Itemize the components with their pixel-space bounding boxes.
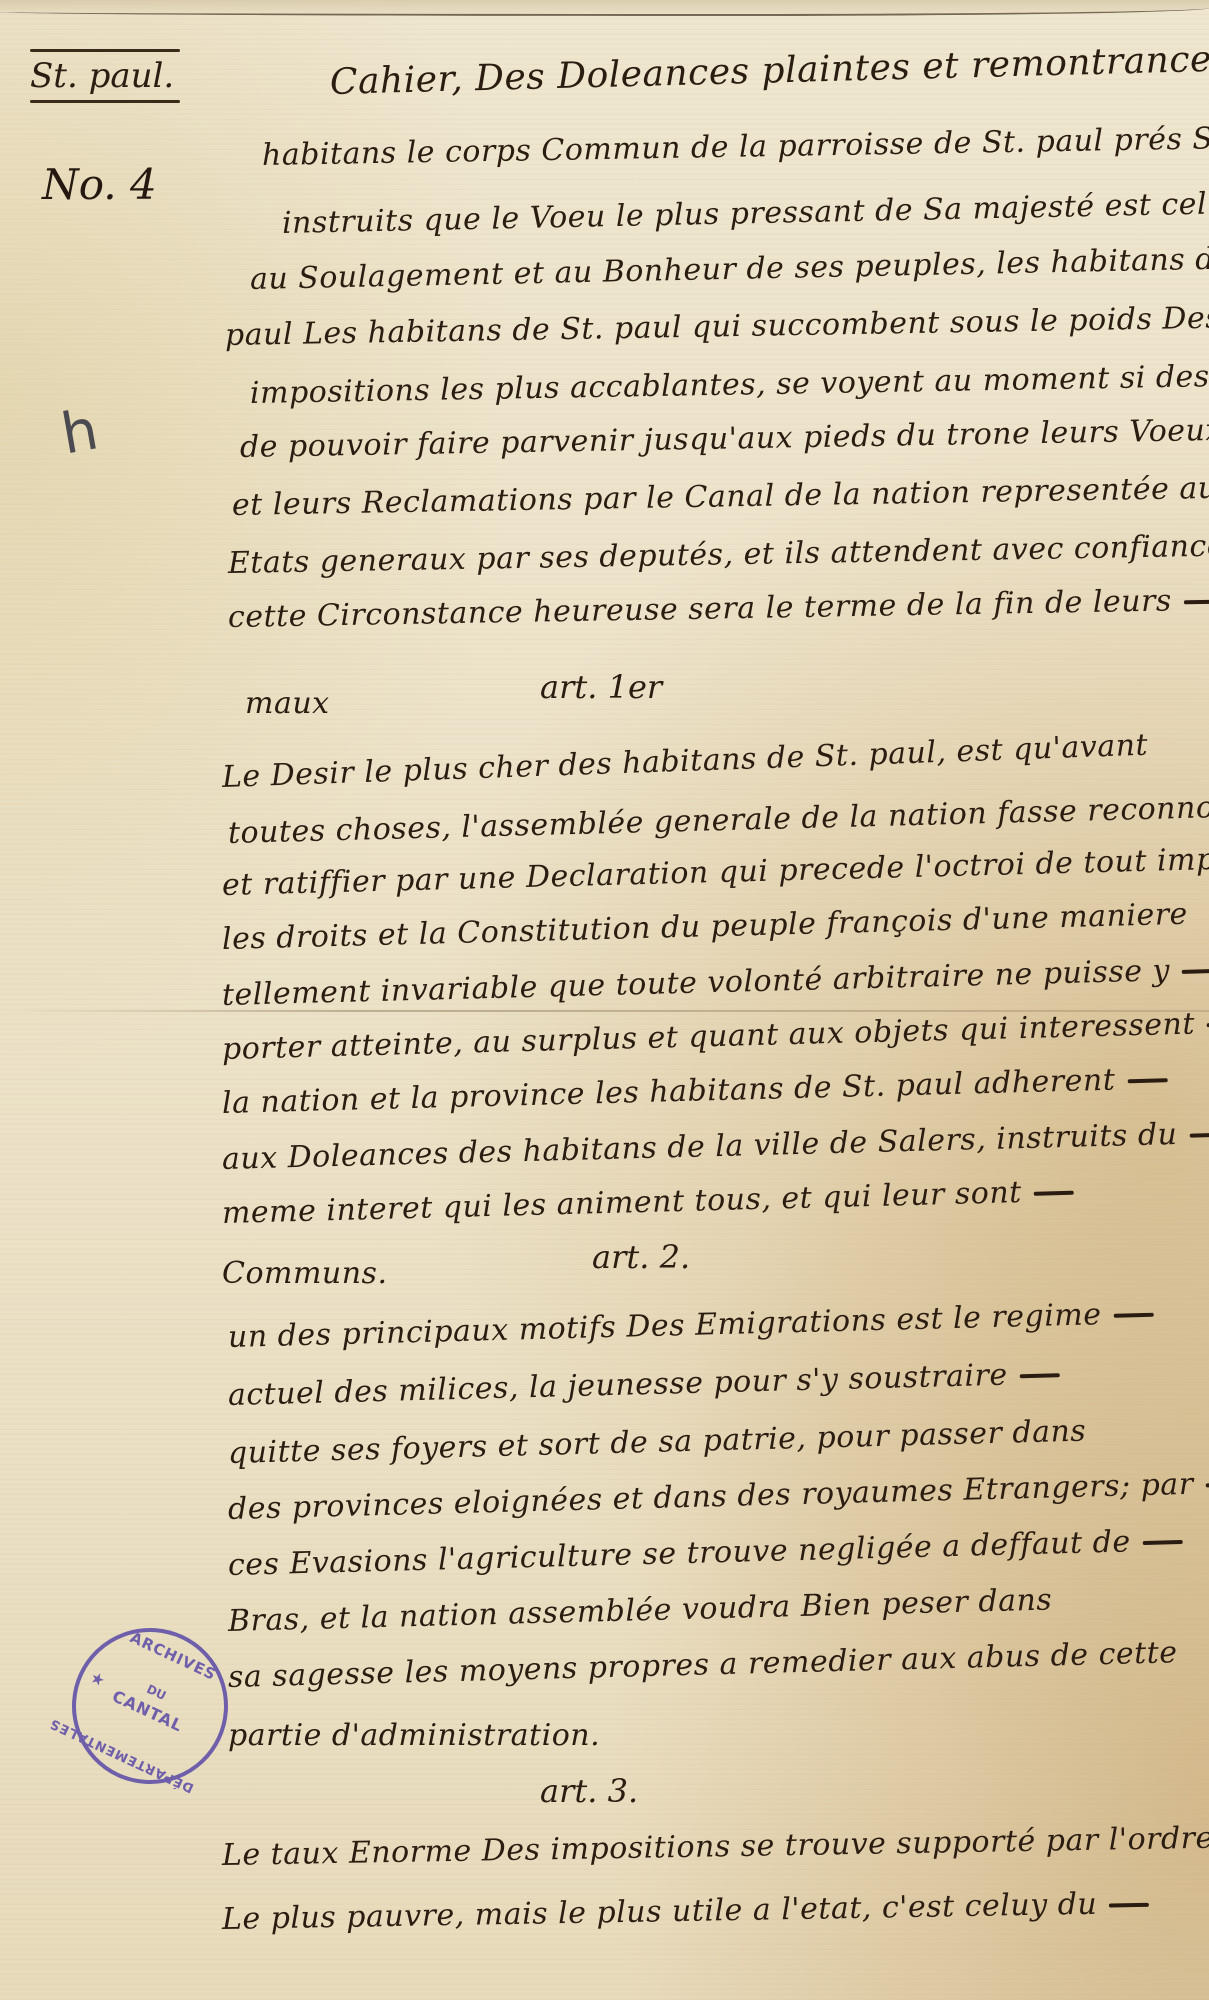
line-end-dash [1206,1482,1209,1487]
preamble-line-6: et leurs Reclamations par le Canal de la… [232,470,1209,523]
article-2-line-4-text: des provinces eloignées et dans des roya… [228,1467,1194,1527]
article-1-line-3: et ratiffier par une Declaration qui pre… [222,840,1209,903]
article-2-line-7: sa sagesse les moyens propres a remedier… [228,1635,1178,1695]
line-end-dash [1109,1903,1149,1908]
preamble-line-4: impositions les plus accablantes, se voy… [250,358,1209,410]
article-3-line-1: Le taux Enorme Des impositions se trouve… [222,1821,1209,1873]
article-1-line-7: la nation et la province les habitans de… [222,1061,1168,1121]
preamble-line-2-text: au Soulagement et au Bonheur de ses peup… [250,240,1209,297]
article-2-line-1: un des principaux motifs Des Emigrations… [228,1296,1154,1355]
article-1-line-8-text: aux Doleances des habitans de la ville d… [222,1117,1178,1177]
article-2-line-5: ces Evasions l'agriculture se trouve neg… [228,1523,1183,1583]
article-1-line-8: aux Doleances des habitans de la ville d… [222,1116,1209,1177]
line-end-dash [1143,1540,1183,1545]
article-1-line-6: porter atteinte, au surplus et quant aux… [222,1005,1209,1067]
line-end-dash [1189,1133,1209,1138]
line-end-dash [1113,1313,1153,1318]
article-1-heading: art. 1er [540,668,662,706]
article-1-line-5-text: tellement invariable que toute volonté a… [222,953,1171,1013]
article-1-line-2-text: toutes choses, l'assemblée generale de l… [228,789,1209,851]
article-2-line-5-text: ces Evasions l'agriculture se trouve neg… [228,1524,1131,1583]
article-1-line-4: les droits et la Constitution du peuple … [222,897,1189,957]
line-end-dash [1034,1191,1074,1196]
line-end-dash [1184,600,1209,605]
preamble-line-9: maux [245,686,330,721]
article-3-line-2-text: Le plus pauvre, mais le plus utile a l'e… [222,1887,1098,1937]
article-2-line-1-text: un des principaux motifs Des Emigrations… [228,1297,1102,1355]
article-1-line-10: Communs. [222,1256,387,1291]
article-2-line-8: partie d'administration. [228,1718,600,1753]
title-line-1: Cahier, Des Doleances plaintes et remont… [329,36,1209,103]
article-1-line-6-text: porter atteinte, au surplus et quant aux… [222,1007,1196,1067]
article-1-line-1: Le Desir le plus cher des habitans de St… [221,728,1148,795]
preamble-line-8-text: cette Circonstance heureuse sera le term… [228,584,1172,635]
article-1-line-3-text: et ratiffier par une Declaration qui pre… [222,841,1209,903]
article-2-heading: art. 2. [592,1238,690,1276]
line-end-dash [1127,1078,1167,1083]
article-1-line-9-text: meme interet qui les animent tous, et qu… [222,1175,1023,1231]
preamble-line-8: cette Circonstance heureuse sera le term… [228,583,1209,635]
article-2-line-3: quitte ses foyers et sort de sa patrie, … [228,1414,1087,1471]
article-1-line-2: toutes choses, l'assemblée generale de l… [228,787,1209,851]
preamble-line-5: de pouvoir faire parvenir jusqu'aux pied… [240,413,1209,465]
article-2-line-2-text: actuel des milices, la jeunesse pour s'y… [228,1358,1009,1413]
preamble-line-3: paul Les habitans de St. paul qui succom… [225,301,1209,353]
article-1-line-7-text: la nation et la province les habitans de… [222,1063,1116,1121]
preamble-line-2: au Soulagement et au Bonheur de ses peup… [250,239,1209,297]
title-line-2: habitans le corps Commun de la parroisse… [262,120,1209,173]
article-1-line-5: tellement invariable que toute volonté a… [222,952,1209,1013]
article-3-line-2: Le plus pauvre, mais le plus utile a l'e… [222,1886,1150,1937]
article-2-line-6: Bras, et la nation assemblée voudra Bien… [228,1582,1053,1639]
article-1-line-9: meme interet qui les animent tous, et qu… [222,1174,1075,1231]
preamble-line-7: Etats generaux par ses deputés, et ils a… [228,527,1209,581]
article-2-line-2: actuel des milices, la jeunesse pour s'y… [228,1356,1061,1413]
manuscript-page: St. paul. No. 4 h Cahier, Des Doleances … [0,0,1209,2000]
preamble-line-1: instruits que le Voeu le plus pressant d… [282,183,1209,241]
line-end-dash [1020,1373,1060,1378]
article-3-heading: art. 3. [540,1772,638,1810]
line-end-dash [1182,969,1209,974]
article-2-line-4: des provinces eloignées et dans des roya… [228,1465,1209,1527]
